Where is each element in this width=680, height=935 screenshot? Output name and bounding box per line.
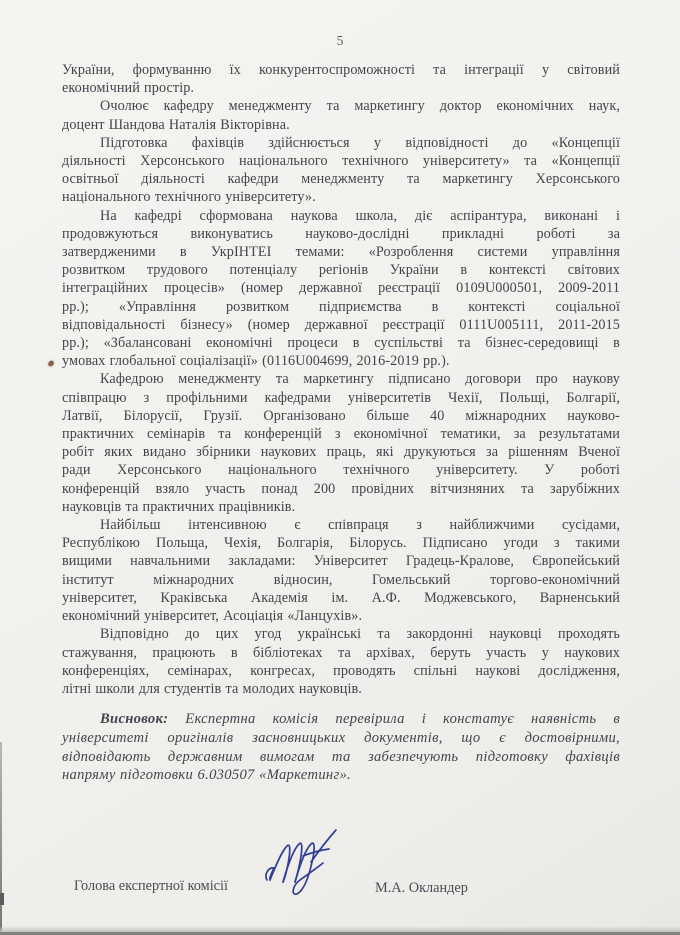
text-line: На кафедрі сформована наукова школа, діє… — [62, 207, 620, 225]
text-line: України, формуванню їх конкурентоспромож… — [62, 61, 620, 79]
text-line: ради Херсонського національного технічно… — [62, 461, 620, 479]
page-number: 5 — [0, 33, 680, 49]
signature-label: Голова експертної комісії — [74, 878, 228, 895]
signature-ink — [258, 822, 354, 908]
paragraph: Відповідно до цих угод українські та зак… — [62, 625, 620, 698]
text-line: Кафедрою менеджменту та маркетингу підпи… — [62, 370, 620, 388]
text-line: конференціях, семінарах, конгресах, пров… — [62, 662, 620, 680]
paragraph: Найбільш інтенсивною є співпраця з найбл… — [62, 516, 620, 625]
paragraph: Очолює кафедру менеджменту та маркетингу… — [62, 97, 620, 133]
scan-speck-artifact — [47, 360, 55, 367]
text-line: доцент Шандова Наталія Вікторівна. — [62, 116, 620, 134]
text-line: Найбільш інтенсивною є співпраця з найбл… — [62, 516, 620, 534]
text-line: продовжуються виконуватись науково-дослі… — [62, 225, 620, 243]
text-line: Республікою Польща, Чехія, Болгарія, Біл… — [62, 534, 620, 552]
text-line: умовах глобальної соціалізації» (0116U00… — [62, 352, 620, 370]
paragraph: Висновок: Експертна комісія перевірила і… — [62, 710, 620, 785]
text-line: інститут міжнародних відносин, Гомельськ… — [62, 571, 620, 589]
text-line: співпрацю з профільними кафедрами універ… — [62, 389, 620, 407]
text-line: економічний простір. — [62, 79, 620, 97]
text-line: затвердженими в УкрІНТЕІ темами: «Розроб… — [62, 243, 620, 261]
paragraph: Кафедрою менеджменту та маркетингу підпи… — [62, 370, 620, 516]
scan-left-edge-artifact — [0, 742, 2, 935]
text-line: Підготовка фахівців здійснюється у відпо… — [62, 134, 620, 152]
text-line: конференцій взяло участь понад 200 прові… — [62, 480, 620, 498]
scan-left-edge-mark — [0, 893, 4, 905]
text-line: Латвії, Білорусії, Грузії. Організовано … — [62, 407, 620, 425]
text-line: економічний університет, Асоціація «Ланц… — [62, 607, 620, 625]
text-line: університет, Краківська Академія ім. А.Ф… — [62, 589, 620, 607]
text-line: інтеграційних процесів» (номер державної… — [62, 279, 620, 297]
signatory-name: М.А. Окландер — [375, 880, 468, 897]
text-line: вищими навчальними закладами: Університе… — [62, 552, 620, 570]
paragraph: Підготовка фахівців здійснюється у відпо… — [62, 134, 620, 207]
text-line: діяльності Херсонського національного те… — [62, 152, 620, 170]
text-line: освітньої діяльності кафедри менеджменту… — [62, 170, 620, 188]
text-line: робіт яких видано збірники наукових прац… — [62, 443, 620, 461]
text-line: розвитком трудового потенціалу регіонів … — [62, 261, 620, 279]
text-line: Відповідно до цих угод українські та зак… — [62, 625, 620, 643]
text-line: Висновок: Експертна комісія перевірила і… — [62, 710, 620, 729]
text-line: практичних семінарів та конференцій з ек… — [62, 425, 620, 443]
body-text: України, формуванню їх конкурентоспромож… — [62, 61, 620, 785]
text-line: рр.); «Збалансовані економічні процеси в… — [62, 334, 620, 352]
text-line: літні школи для студентів та молодих нау… — [62, 680, 620, 698]
text-line: відповідають державним вимогам та забезп… — [62, 748, 620, 767]
signature-block: Голова експертної комісії М.А. Окландер — [62, 876, 620, 920]
text-line: науковців та практичних працівників. — [62, 498, 620, 516]
text-line: Очолює кафедру менеджменту та маркетингу… — [62, 97, 620, 115]
text-line: рр.); «Управління розвитком підприємства… — [62, 298, 620, 316]
text-line: напряму підготовки 6.030507 «Маркетинг». — [62, 766, 620, 785]
text-line: відповідальності бізнесу» (номер державн… — [62, 316, 620, 334]
text-line: стажування, працюють в бібліотеках та ар… — [62, 644, 620, 662]
text-line: університеті оригіналів засновницьких до… — [62, 729, 620, 748]
text-line: національного технічного університету». — [62, 188, 620, 206]
paragraph: України, формуванню їх конкурентоспромож… — [62, 61, 620, 97]
scanned-document-page: 5 України, формуванню їх конкурентоспром… — [0, 0, 680, 935]
paragraph: На кафедрі сформована наукова школа, діє… — [62, 207, 620, 371]
